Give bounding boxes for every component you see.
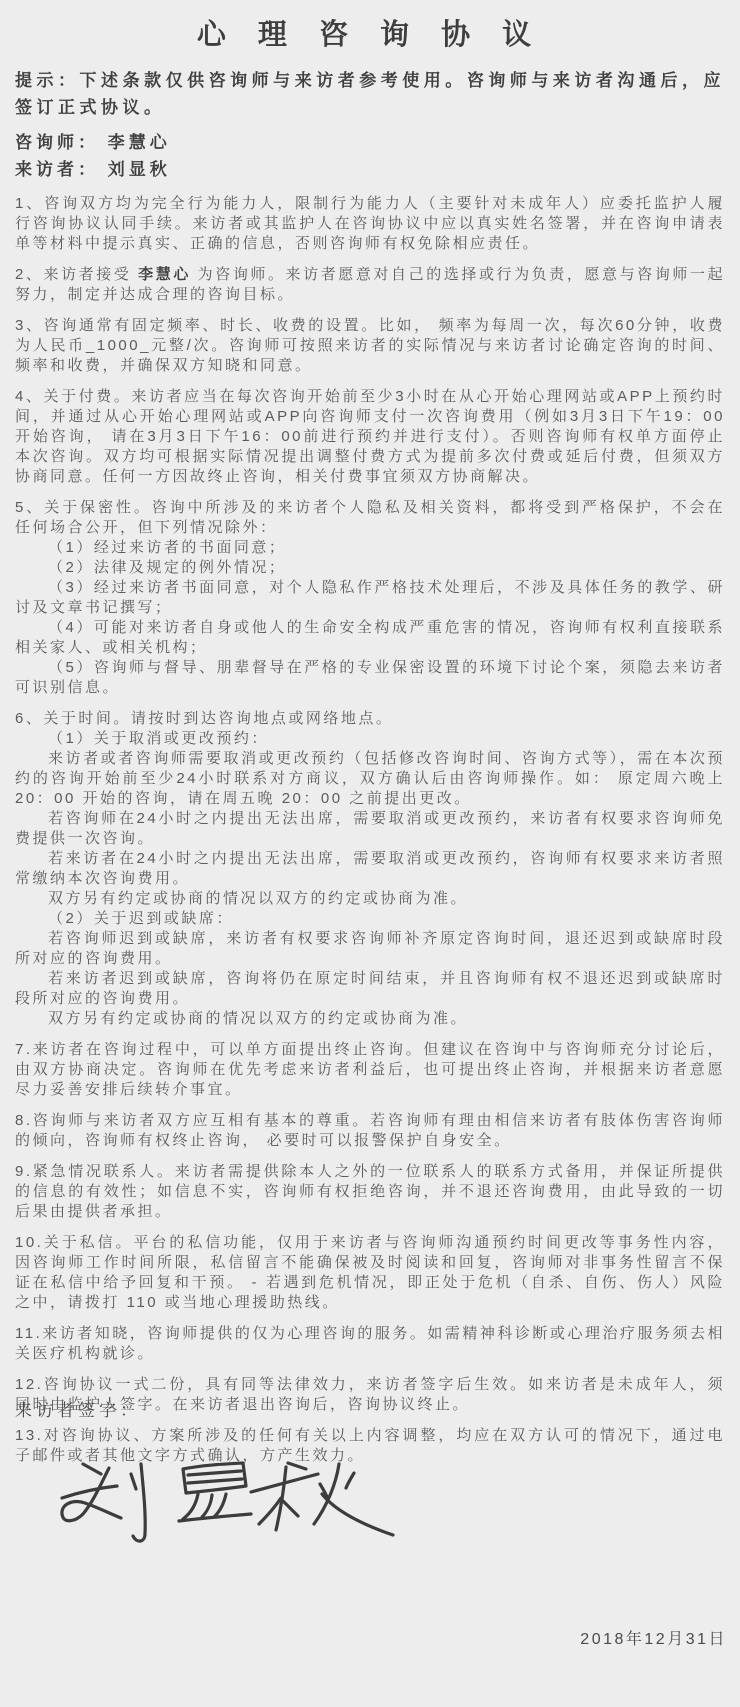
clause-5-item-3: （3）经过来访者书面同意，对个人隐私作严格技术处理后，不涉及具体任务的教学、研讨…	[15, 578, 725, 618]
clause-2: 2、来访者接受 李慧心 为咨询师。来访者愿意对自己的选择或行为负责，愿意与咨询师…	[15, 265, 725, 305]
clause-5-item-5: （5）咨询师与督导、朋辈督导在严格的专业保密设置的环境下讨论个案，须隐去来访者可…	[15, 658, 725, 698]
clause-6-item-1-rule-2: 若咨询师在24小时之内提出无法出席，需要取消或更改预约，来访者有权要求咨询师免费…	[15, 809, 725, 849]
clause-2-pre: 2、来访者接受	[15, 266, 138, 283]
clause-6-item-2-rule-1: 若咨询师迟到或缺席，来访者有权要求咨询师补齐原定咨询时间，退还迟到或缺席时段所对…	[15, 929, 725, 969]
clause-6-item-2: （2）关于迟到或缺席：	[15, 909, 725, 929]
clause-9: 9.紧急情况联系人。来访者需提供除本人之外的一位联系人的联系方式备用，并保证所提…	[15, 1162, 725, 1222]
client-name: 刘显秋	[108, 160, 171, 179]
notice-text: 提示：下述条款仅供咨询师与来访者参考使用。咨询师与来访者沟通后，应签订正式协议。	[15, 67, 725, 121]
signature-label: 来访者签字：	[15, 1396, 141, 1421]
client-line: 来访者： 刘显秋	[15, 156, 725, 183]
counselor-line: 咨询师： 李慧心	[15, 129, 725, 156]
clause-6-item-2-rule-3: 双方另有约定或协商的情况以双方的约定或协商为准。	[15, 1009, 725, 1029]
clause-6-item-1: （1）关于取消或更改预约：	[15, 729, 725, 749]
agreement-document: 心 理 咨 询 协 议 提示：下述条款仅供咨询师与来访者参考使用。咨询师与来访者…	[0, 0, 740, 1466]
clause-3: 3、咨询通常有固定频率、时长、收费的设置。比如， 频率为每周一次，每次60分钟，…	[15, 316, 725, 376]
clause-5-item-4: （4）可能对来访者自身或他人的生命安全构成严重危害的情况，咨询师有权利直接联系相…	[15, 618, 725, 658]
clauses-section: 1、咨询双方均为完全行为能力人，限制行为能力人（主要针对未成年人）应委托监护人履…	[15, 194, 725, 1466]
counselor-label: 咨询师：	[15, 133, 99, 152]
clause-5: 5、关于保密性。咨询中所涉及的来访者个人隐私及相关资料，都将受到严格保护，不会在…	[15, 498, 725, 538]
clause-5-item-1: （1）经过来访者的书面同意；	[15, 538, 725, 558]
clause-8: 8.咨询师与来访者双方应互相有基本的尊重。若咨询师有理由相信来访者有肢体伤害咨询…	[15, 1111, 725, 1151]
signature-handwriting	[55, 1456, 400, 1561]
signature-section: 来访者签字：	[15, 1396, 141, 1421]
counselor-name: 李慧心	[108, 133, 171, 152]
clause-6-item-1-rule-4: 双方另有约定或协商的情况以双方的约定或协商为准。	[15, 889, 725, 909]
clause-5-item-2: （2）法律及规定的例外情况；	[15, 558, 725, 578]
clause-1: 1、咨询双方均为完全行为能力人，限制行为能力人（主要针对未成年人）应委托监护人履…	[15, 194, 725, 254]
clause-4: 4、关于付费。来访者应当在每次咨询开始前至少3小时在从心开始心理网站或APP上预…	[15, 387, 725, 487]
client-label: 来访者：	[15, 160, 99, 179]
clause-10: 10.关于私信。平台的私信功能，仅用于来访者与咨询师沟通预约时间更改等事务性内容…	[15, 1233, 725, 1313]
clause-7: 7.来访者在咨询过程中，可以单方面提出终止咨询。但建议在咨询中与咨询师充分讨论后…	[15, 1040, 725, 1100]
clause-6-item-1-rule-1: 来访者或者咨询师需要取消或更改预约（包括修改咨询时间、咨询方式等），需在本次预约…	[15, 749, 725, 809]
clause-6: 6、关于时间。请按时到达咨询地点或网络地点。	[15, 709, 725, 729]
clause-11: 11.来访者知晓，咨询师提供的仅为心理咨询的服务。如需精神科诊断或心理治疗服务须…	[15, 1324, 725, 1364]
signature-date: 2018年12月31日	[580, 1626, 727, 1649]
clause-6-item-2-rule-2: 若来访者迟到或缺席，咨询将仍在原定时间结束，并且咨询师有权不退还迟到或缺席时段所…	[15, 969, 725, 1009]
clause-2-counselor-name: 李慧心	[138, 266, 191, 283]
page-title: 心 理 咨 询 协 议	[15, 12, 725, 53]
clause-6-item-1-rule-3: 若来访者在24小时之内提出无法出席，需要取消或更改预约，咨询师有权要求来访者照常…	[15, 849, 725, 889]
